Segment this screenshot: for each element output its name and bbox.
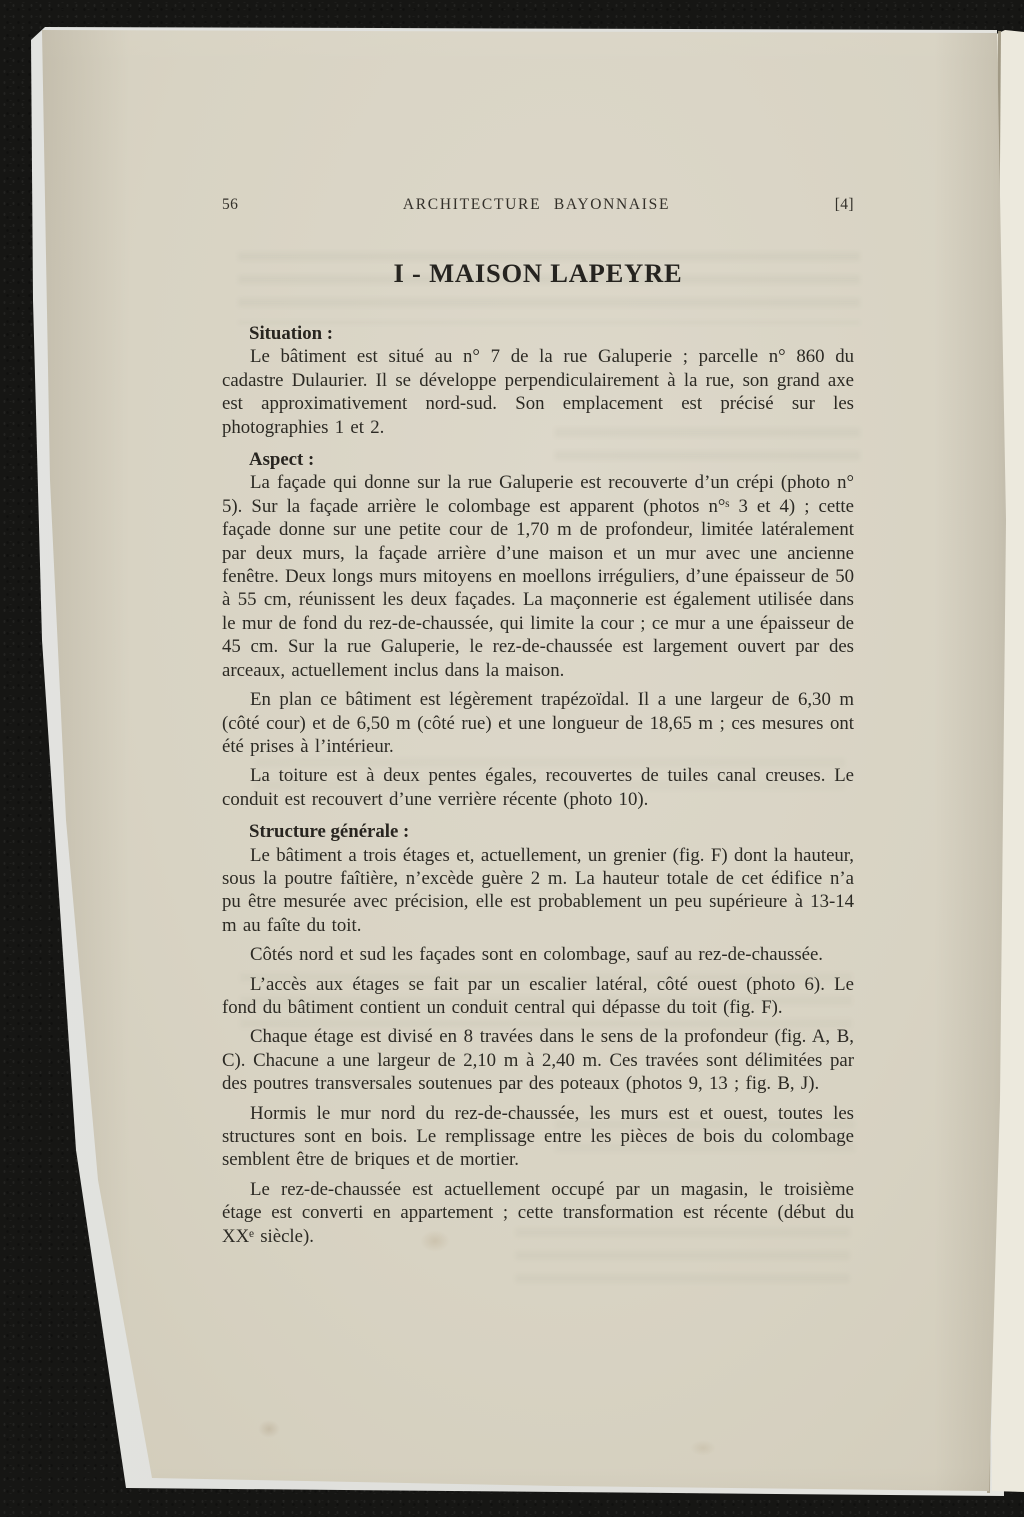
paragraph: En plan ce bâtiment est légèrement trapé… — [222, 688, 854, 758]
paragraph: Le bâtiment a trois étages et, actuellem… — [222, 844, 854, 938]
sections: Situation :Le bâtiment est situé au n° 7… — [222, 322, 854, 1248]
paragraph: Chaque étage est divisé en 8 travées dan… — [222, 1025, 854, 1095]
photo-backdrop: 56 ARCHITECTURE BAYONNAISE [4] I - MAISO… — [0, 0, 1024, 1517]
paragraph: Hormis le mur nord du rez-de-chaussée, l… — [222, 1102, 854, 1172]
section-heading: Structure générale : — [222, 820, 854, 843]
paragraph: L’accès aux étages se fait par un escali… — [222, 973, 854, 1020]
issue-number: [4] — [835, 196, 854, 213]
page-header: 56 ARCHITECTURE BAYONNAISE [4] — [222, 196, 854, 213]
page-title: I - MAISON LAPEYRE — [222, 258, 854, 288]
paragraph: Côtés nord et sud les façades sont en co… — [222, 943, 854, 966]
page-number: 56 — [222, 196, 238, 213]
section-heading: Aspect : — [222, 448, 854, 471]
section-heading: Situation : — [222, 322, 854, 345]
paragraph: La façade qui donne sur la rue Galuperie… — [222, 471, 854, 682]
page-content: 56 ARCHITECTURE BAYONNAISE [4] I - MAISO… — [222, 196, 854, 1248]
paper-stain — [690, 1440, 716, 1456]
running-title: ARCHITECTURE BAYONNAISE — [403, 196, 670, 213]
paragraph: Le rez-de-chaussée est actuellement occu… — [222, 1178, 854, 1248]
paragraph: La toiture est à deux pentes égales, rec… — [222, 764, 854, 811]
paragraph: Le bâtiment est situé au n° 7 de la rue … — [222, 345, 854, 439]
paper-stain — [258, 1420, 280, 1438]
